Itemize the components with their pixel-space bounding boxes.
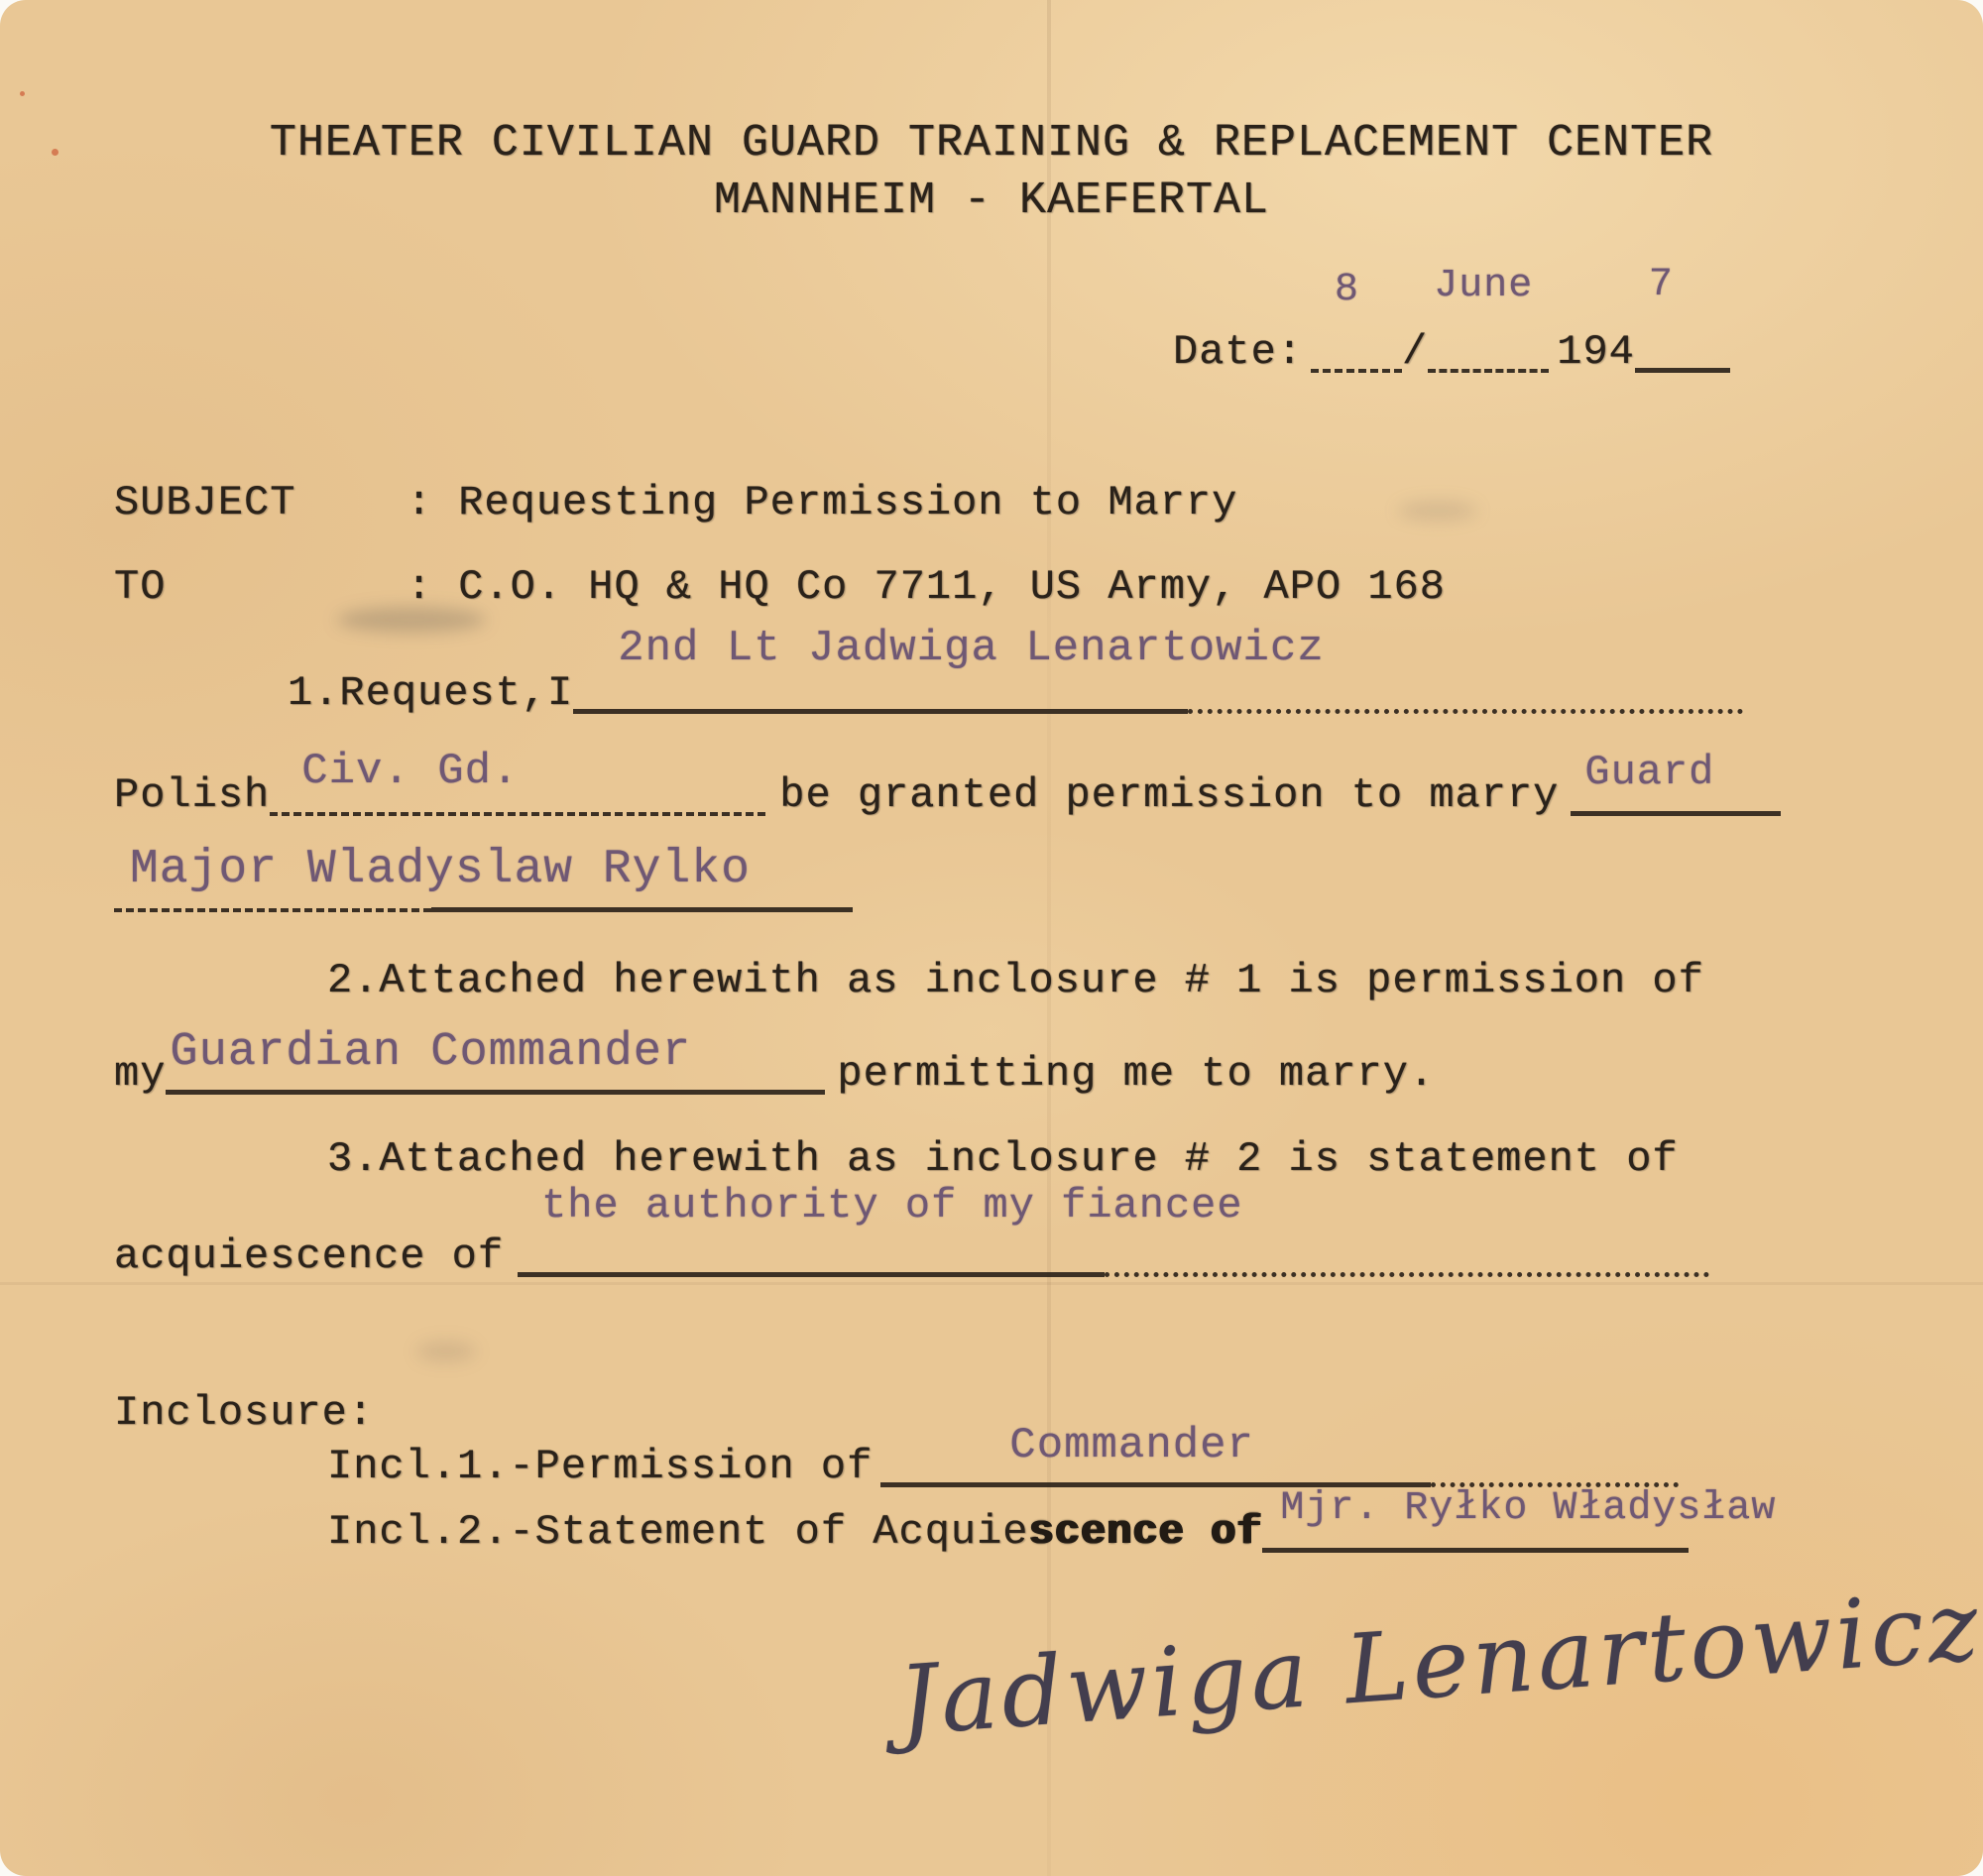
date-line: Date:8/June1947 xyxy=(1173,325,1730,379)
applicant-name-fill: 2nd Lt Jadwiga Lenartowicz xyxy=(618,622,1325,675)
fiancee-authority-blank: the authority of my fiancee xyxy=(518,1231,1105,1277)
to-colon: : xyxy=(407,563,432,611)
nationality-label: Polish xyxy=(114,771,270,819)
inclosure1-blank: Commander xyxy=(880,1442,1431,1487)
paragraph3-text: 3.Attached herewith as inclosure # 2 is … xyxy=(327,1135,1679,1183)
fiancee-authority-blank-dashed xyxy=(1105,1231,1709,1277)
spouse-name-blank-solid xyxy=(431,867,853,912)
paragraph3-line1: 3.Attached herewith as inclosure # 2 is … xyxy=(114,1132,1679,1186)
date-label: Date: xyxy=(1173,328,1303,376)
spouse-rank-blank: Guard xyxy=(1571,770,1781,816)
paragraph2-text: 2.Attached herewith as inclosure # 1 is … xyxy=(327,957,1704,1004)
vertical-fold-crease xyxy=(1047,0,1051,1876)
paragraph2-line1: 2.Attached herewith as inclosure # 1 is … xyxy=(114,954,1704,1007)
spouse-rank-fill: Guard xyxy=(1584,746,1714,799)
date-day-handwritten: 8 xyxy=(1335,264,1359,317)
inclosure2-line: Incl.2.-Statement of Acquiescence ofMjr.… xyxy=(114,1505,1689,1559)
paragraph2-prefix: my xyxy=(114,1050,166,1098)
date-year-blank: 7 xyxy=(1635,327,1730,373)
inclosure-heading-line: Inclosure: xyxy=(114,1386,374,1440)
date-month-blank: June xyxy=(1428,327,1549,373)
letterhead-line2: MANNHEIM - KAEFERTAL xyxy=(0,175,1983,228)
date-day-blank: 8 xyxy=(1311,327,1402,373)
inclosure1-label: Incl.1.-Permission of xyxy=(327,1443,873,1490)
applicant-name-blank-dashed xyxy=(1188,668,1743,714)
paragraph1-line2: PolishCiv. Gd.be granted permission to m… xyxy=(114,768,1781,822)
paragraph2-line2: myGuardian Commanderpermitting me to mar… xyxy=(114,1047,1435,1101)
paragraph2-suffix: permitting me to marry. xyxy=(837,1050,1435,1098)
inclosure-heading: Inclosure: xyxy=(114,1389,374,1437)
permission-mid-text: be granted permission to marry xyxy=(779,771,1559,819)
subject-value: Requesting Permission to Marry xyxy=(458,479,1237,527)
inclosure1-blank-dashed xyxy=(1431,1442,1679,1487)
applicant-name-blank: 2nd Lt Jadwiga Lenartowicz xyxy=(573,668,1188,714)
guardian-authority-blank: Guardian Commander xyxy=(166,1049,825,1095)
subject-colon: : xyxy=(407,479,432,527)
ink-smudge xyxy=(1398,501,1477,521)
subject-line: SUBJECT:Requesting Permission to Marry xyxy=(114,476,1237,529)
letterhead-line1: THEATER CIVILIAN GUARD TRAINING & REPLAC… xyxy=(0,117,1983,171)
date-slash: / xyxy=(1402,328,1428,376)
request-lead: 1.Request,I xyxy=(288,669,573,717)
handwritten-signature: Jadwiga Lenartowicz2nd. Lt. xyxy=(895,1551,1983,1757)
date-year-digit-handwritten: 7 xyxy=(1649,259,1674,312)
fiancee-authority-fill: the authority of my fiancee xyxy=(541,1179,1243,1232)
signature-name: Jadwiga Lenartowicz xyxy=(895,1571,1983,1757)
to-line: TO:C.O. HQ & HQ Co 7711, US Army, APO 16… xyxy=(114,560,1446,614)
scanned-document-page: THEATER CIVILIAN GUARD TRAINING & REPLAC… xyxy=(0,0,1983,1876)
ink-smudge xyxy=(416,1341,476,1362)
to-label: TO xyxy=(114,560,407,614)
paragraph1-line1: 1.Request,I2nd Lt Jadwiga Lenartowicz xyxy=(114,666,1743,720)
unit-blank: Civ. Gd. xyxy=(270,770,765,816)
to-value: C.O. HQ & HQ Co 7711, US Army, APO 168 xyxy=(458,563,1446,611)
inclosure2-blank: Mjr. Ryłko Władysław xyxy=(1262,1507,1689,1553)
unit-fill: Civ. Gd. xyxy=(301,745,519,798)
spouse-name-blank-dashed: Major Wladyslaw Rylko xyxy=(114,867,431,912)
inclosure2-label: Incl.2.-Statement of Acquie xyxy=(327,1508,1029,1556)
subject-label: SUBJECT xyxy=(114,476,407,529)
paragraph3-line2: acquiescence ofthe authority of my fianc… xyxy=(114,1230,1709,1283)
paper-speck xyxy=(20,91,25,96)
paragraph1-line3: Major Wladyslaw Rylko xyxy=(114,865,853,918)
inclosure1-fill: Commander xyxy=(1009,1419,1254,1472)
guardian-authority-fill: Guardian Commander xyxy=(170,1026,691,1080)
date-year-typed: 194 xyxy=(1557,328,1635,376)
paragraph3-prefix: acquiescence of xyxy=(114,1232,504,1280)
inclosure2-overstrike-text: scence of xyxy=(1029,1508,1263,1556)
inclosure2-fill: Mjr. Ryłko Władysław xyxy=(1280,1482,1776,1536)
date-month-handwritten: June xyxy=(1434,260,1533,313)
